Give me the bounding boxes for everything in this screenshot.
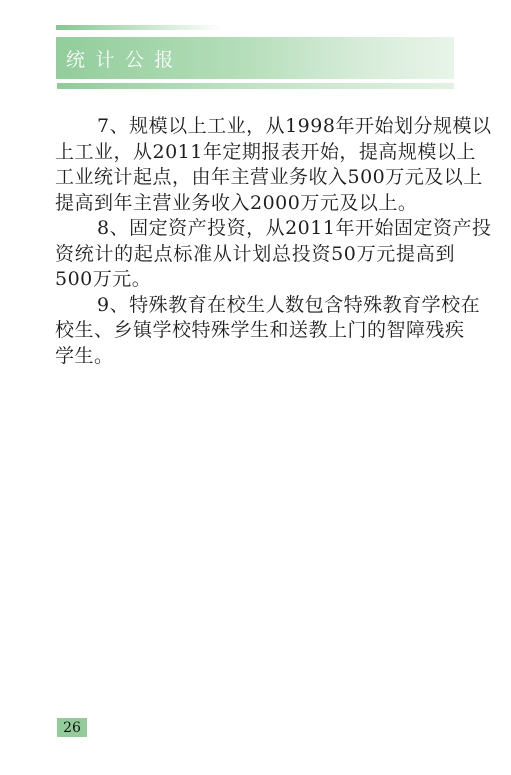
text-line: 学生。 xyxy=(55,344,455,370)
text-line: 上工业，从2011年定期报表开始，提高规模以上 xyxy=(55,140,455,166)
page-number: 26 xyxy=(63,720,81,736)
text-line: 9、特殊教育在校生人数包含特殊教育学校在 xyxy=(55,293,455,319)
header-bottom-stripe xyxy=(57,83,454,89)
text-line: 提高到年主营业务收入2000万元及以上。 xyxy=(55,191,455,217)
text-line: 资统计的起点标准从计划总投资50万元提高到 xyxy=(55,242,455,268)
text-line: 500万元。 xyxy=(55,267,455,293)
header-top-stripe xyxy=(56,25,454,30)
body-text: 7、规模以上工业，从1998年开始划分规模以 上工业，从2011年定期报表开始，… xyxy=(55,114,455,369)
header-banner: 统计公报 xyxy=(56,37,454,79)
page-number-badge: 26 xyxy=(57,718,87,737)
page-background: 统计公报 7、规模以上工业，从1998年开始划分规模以 上工业，从2011年定期… xyxy=(0,0,511,775)
text-line: 校生、乡镇学校特殊学生和送教上门的智障残疾 xyxy=(55,318,455,344)
text-line: 8、固定资产投资，从2011年开始固定资产投 xyxy=(55,216,455,242)
text-line: 工业统计起点，由年主营业务收入500万元及以上 xyxy=(55,165,455,191)
text-line: 7、规模以上工业，从1998年开始划分规模以 xyxy=(55,114,455,140)
page-header-title: 统计公报 xyxy=(56,45,184,72)
document-page: { "header": { "title": "统计公报", "colors":… xyxy=(0,0,511,775)
